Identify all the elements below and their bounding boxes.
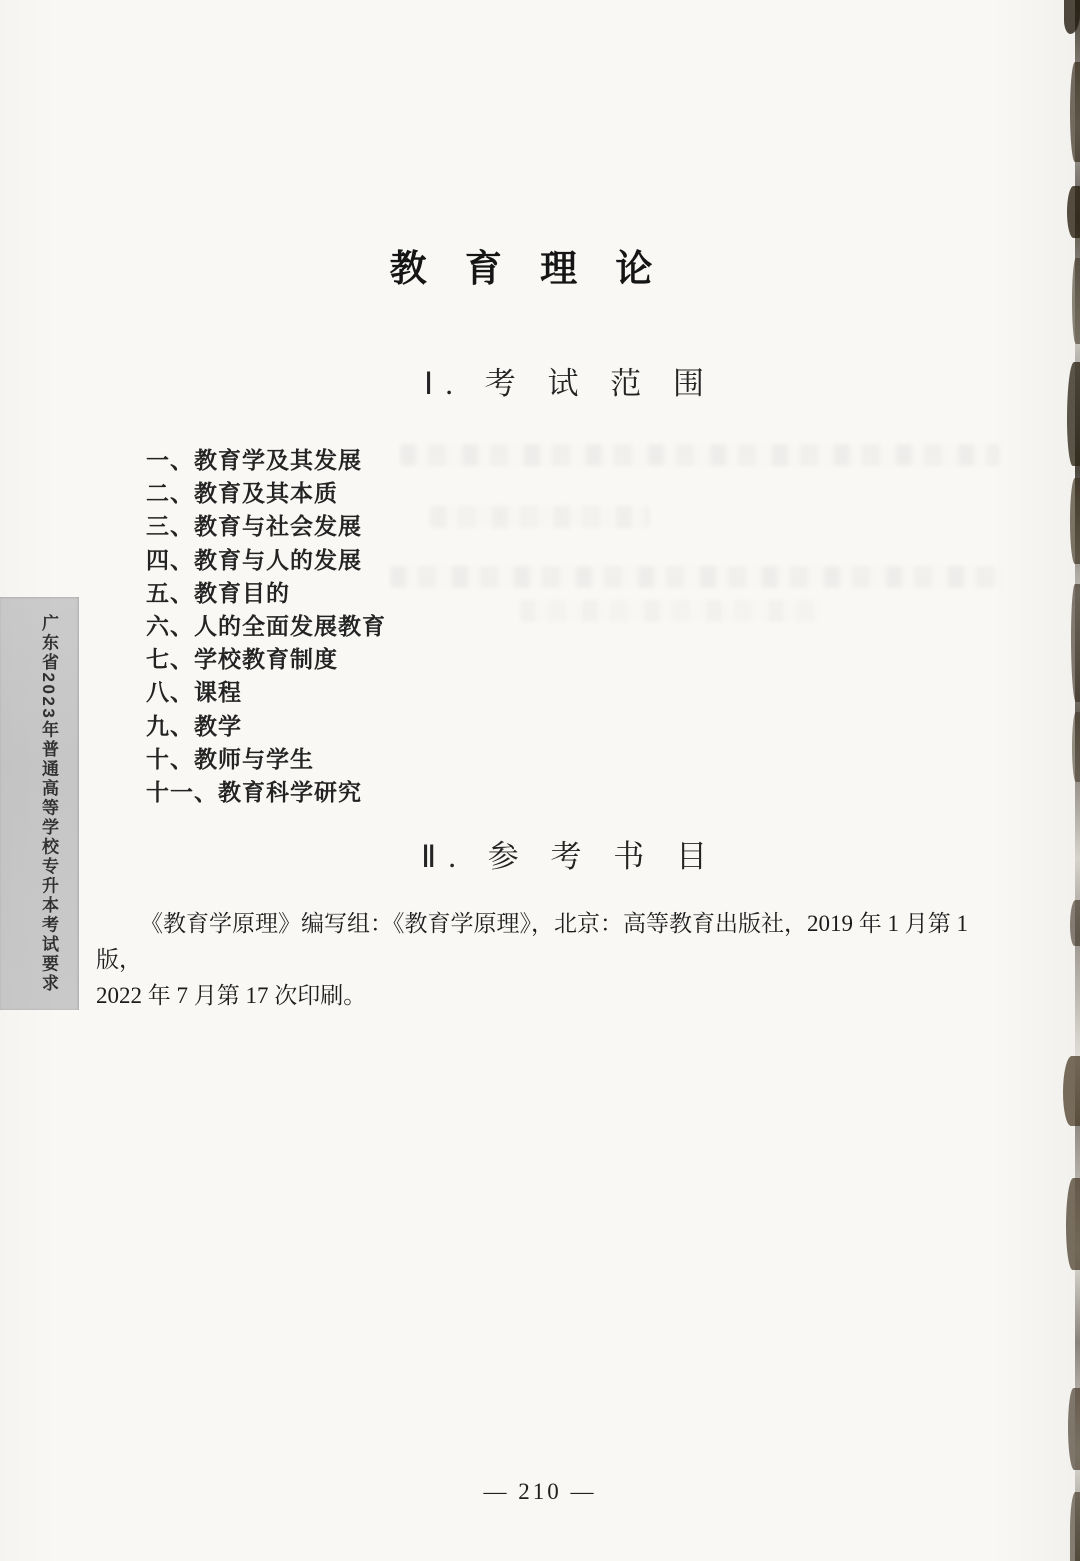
list-item: 九、教学 (146, 710, 386, 743)
list-item: 七、学校教育制度 (146, 643, 386, 676)
bleed-through-text-artifact (520, 600, 820, 622)
binding-smudge (1072, 258, 1080, 344)
binding-smudge (1068, 1388, 1080, 1470)
edge-tab: 广东省2023年普通高等学校专升本考试要求 (0, 597, 79, 1010)
scanned-document-page: 教 育 理 论 Ⅰ. 考 试 范 围 一、教育学及其发展 二、教育及其本质 三、… (0, 0, 1080, 1561)
binding-smudge (1070, 62, 1080, 162)
list-item: 四、教育与人的发展 (146, 544, 386, 577)
list-item: 二、教育及其本质 (146, 477, 386, 510)
reference-line: 2022 年 7 月第 17 次印刷。 (96, 978, 998, 1014)
list-item: 五、教育目的 (146, 577, 386, 610)
section-heading-exam-scope: Ⅰ. 考 试 范 围 (80, 358, 1060, 403)
binding-smudge (1070, 1492, 1080, 1561)
binding-smudge (1071, 584, 1080, 702)
binding-smudge (1063, 1056, 1080, 1126)
section-heading-reference-books: Ⅱ. 参 考 书 目 (80, 831, 1060, 876)
list-item: 六、人的全面发展教育 (146, 610, 386, 643)
book-binding-scan-artifact (1052, 0, 1080, 1561)
list-item: 十一、教育科学研究 (146, 776, 386, 809)
list-item: 十、教师与学生 (146, 743, 386, 776)
binding-smudge (1067, 186, 1080, 238)
binding-smudge (1066, 1178, 1080, 1270)
binding-smudge (1070, 900, 1080, 946)
page-number: — 210 — (0, 1479, 1080, 1505)
bleed-through-text-artifact (430, 506, 650, 528)
list-item: 三、教育与社会发展 (146, 510, 386, 543)
binding-smudge (1067, 362, 1080, 466)
reference-paragraph: 《教育学原理》编写组：《教育学原理》，北京：高等教育出版社，2019 年 1 月… (96, 906, 998, 1014)
page-title: 教 育 理 论 (0, 238, 1056, 292)
bleed-through-text-artifact (400, 444, 1000, 466)
bleed-through-text-artifact (390, 566, 1005, 588)
edge-tab-label: 广东省2023年普通高等学校专升本考试要求 (36, 614, 61, 993)
binding-smudge (1072, 712, 1080, 782)
list-item: 一、教育学及其发展 (146, 444, 386, 477)
reference-line: 《教育学原理》编写组：《教育学原理》，北京：高等教育出版社，2019 年 1 月… (96, 906, 998, 978)
binding-smudge (1070, 478, 1080, 564)
exam-scope-list: 一、教育学及其发展 二、教育及其本质 三、教育与社会发展 四、教育与人的发展 五… (146, 444, 386, 809)
list-item: 八、课程 (146, 676, 386, 709)
